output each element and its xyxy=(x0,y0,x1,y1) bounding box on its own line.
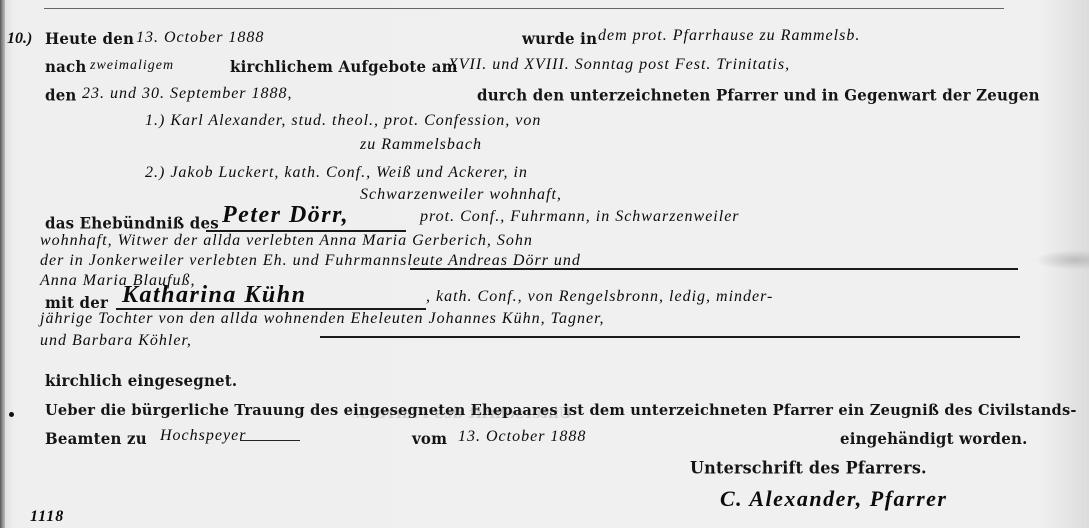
bride-section-rule xyxy=(320,336,1020,338)
witness-2-line-2: Schwarzenweiler wohnhaft, xyxy=(360,186,562,204)
label-ehebuendniss: das Ehebündniß des xyxy=(45,214,219,233)
groom-name: Peter Dörr, xyxy=(222,202,349,229)
banns-sundays: XVII. und XVIII. Sonntag post Fest. Trin… xyxy=(448,56,790,74)
bride-details-2: jährige Tochter von den allda wohnenden … xyxy=(40,310,605,328)
witness-2-line-1: 2.) Jakob Luckert, kath. Conf., Weiß und… xyxy=(145,164,528,182)
banns-dates: 23. und 30. September 1888, xyxy=(82,85,293,103)
place-dash xyxy=(240,440,300,441)
margin-page-number: 1118 xyxy=(30,508,64,526)
groom-details-2: wohnhaft, Witwer der allda verlebten Ann… xyxy=(40,232,533,250)
top-rule xyxy=(44,8,1004,9)
label-unterschrift-pfarrer: Unterschrift des Pfarrers. xyxy=(690,458,927,478)
civil-registry-place: Hochspeyer xyxy=(160,427,246,445)
groom-section-rule xyxy=(410,268,1018,270)
aufgebot-type: zweimaligem xyxy=(90,58,174,74)
register-page: Unterschrift des Pfarrers. 10.) Heute de… xyxy=(0,0,1089,528)
binding-edge xyxy=(0,0,5,528)
marriage-place: dem prot. Pfarrhause zu Rammelsb. xyxy=(598,27,860,45)
margin-dot xyxy=(9,412,14,417)
label-nach: nach xyxy=(45,58,86,77)
witness-1-line-1: 1.) Karl Alexander, stud. theol., prot. … xyxy=(145,112,541,130)
label-wurde-in: wurde in xyxy=(522,30,597,49)
bride-details-1: , kath. Conf., von Rengelsbronn, ledig, … xyxy=(426,288,773,306)
bride-name: Katharina Kühn xyxy=(122,282,306,309)
label-beamten-zu: Beamten zu xyxy=(45,430,147,449)
label-eingehaendigt: eingehändigt worden. xyxy=(840,430,1028,449)
pastor-signature: C. Alexander, Pfarrer xyxy=(720,486,947,512)
groom-details-1: prot. Conf., Fuhrmann, in Schwarzenweile… xyxy=(420,208,740,226)
marriage-date: 13. October 1888 xyxy=(136,29,264,47)
label-den: den xyxy=(45,86,77,105)
label-heute-den: Heute den xyxy=(45,30,134,49)
civil-date: 13. October 1888 xyxy=(458,428,586,446)
label-vom: vom xyxy=(412,430,447,449)
entry-number: 10.) xyxy=(7,30,32,48)
label-kirchlich-eingesegnet: kirchlich eingesegnet. xyxy=(45,372,237,391)
label-durch-den-pfarrer: durch den unterzeichneten Pfarrer und in… xyxy=(477,86,1040,105)
label-kirchlichem-aufgebote: kirchlichem Aufgebote am xyxy=(230,58,458,77)
bride-details-3: und Barbara Köhler, xyxy=(40,332,192,350)
witness-1-line-2: zu Rammelsbach xyxy=(360,136,482,154)
label-civil-certificate: Ueber die bürgerliche Trauung des einges… xyxy=(45,402,1077,420)
